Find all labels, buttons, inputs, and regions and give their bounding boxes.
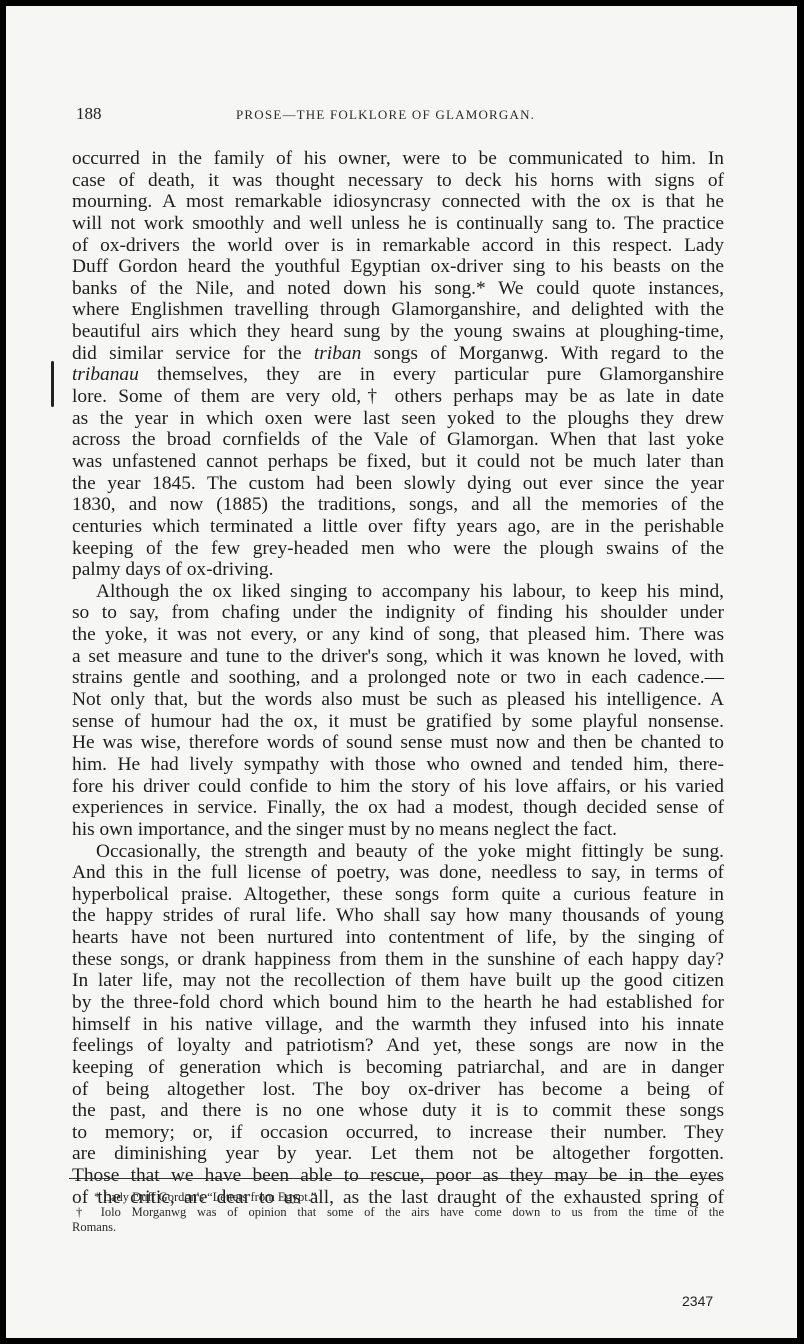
text-line: across the broad cornfields of the Vale … [72,429,724,451]
text-line: He was wise, therefore words of sound se… [72,732,724,754]
text-line: did similar service for the triban songs… [72,343,724,365]
text-line: where Englishmen travelling through Glam… [72,299,724,321]
text-line: Although the ox liked singing to accompa… [72,581,724,603]
text-line: him. He had lively sympathy with those w… [72,754,724,776]
text-line: tribanau themselves, they are in every p… [72,364,724,386]
text-line: experiences in service. Finally, the ox … [72,797,724,819]
text-line: the past, and there is no one whose duty… [72,1100,724,1122]
text-line: these songs, or drank happiness from the… [72,949,724,971]
text-line: beautiful airs which they heard sung by … [72,321,724,343]
text-line: by the three-fold chord which bound him … [72,992,724,1014]
text-line: fore his driver could confide to him the… [72,776,724,798]
text-line: mourning. A most remarkable idiosyncrasy… [72,191,724,213]
text-line: palmy days of ox-driving. [72,559,724,581]
body-text: occurred in the family of his owner, wer… [72,148,724,1208]
text-line: the year 1845. The custom had been slowl… [72,473,724,495]
text-line: keeping of the few grey-headed men who w… [72,538,724,560]
text-line: himself in his native village, and the w… [72,1014,724,1036]
text-line: Those that we have been able to rescue, … [72,1165,724,1187]
running-head: PROSE—THE FOLKLORE OF GLAMORGAN. [236,107,535,123]
footnotes: * Lady Duff Gordon's “Letters from Egypt… [72,1190,724,1235]
italic-term: tribanau [72,364,139,385]
text-line: banks of the Nile, and noted down his so… [72,278,724,300]
text-line: lore. Some of them are very old,† others… [72,386,724,408]
folio-number: 188 [76,104,102,124]
text-line: as the year in which oxen were last seen… [72,408,724,430]
text-line: And this in the full license of poetry, … [72,862,724,884]
text-line: will not work smoothly and well unless h… [72,213,724,235]
text-line: case of death, it was thought necessary … [72,170,724,192]
book-page: 188 PROSE—THE FOLKLORE OF GLAMORGAN. occ… [6,6,797,1338]
text-line: sense of humour had the ox, it must be g… [72,711,724,733]
page-header: 188 PROSE—THE FOLKLORE OF GLAMORGAN. [76,104,724,126]
text-line: feelings of loyalty and patriotism? And … [72,1035,724,1057]
text-line: 1830, and now (1885) the traditions, son… [72,494,724,516]
footnote-2: † Iolo Morganwg was of opinion that some… [72,1205,724,1220]
text-line: the yoke, it was not every, or any kind … [72,624,724,646]
text-line: to memory; or, if occasion occurred, to … [72,1122,724,1144]
text-line: Not only that, but the words also must b… [72,689,724,711]
margin-mark [51,361,54,407]
text-line: strains gentle and soothing, and a prolo… [72,667,724,689]
text-line: was unfastened cannot perhaps be fixed, … [72,451,724,473]
footnote-1: * Lady Duff Gordon's “Letters from Egypt… [72,1190,724,1205]
text-line: hearts have not been nurtured into conte… [72,927,724,949]
text-line: so to say, from chafing under the indign… [72,602,724,624]
footnote-2-continued: Romans. [72,1220,724,1235]
text-line: the happy strides of rural life. Who sha… [72,905,724,927]
text-line: occurred in the family of his owner, wer… [72,148,724,170]
text-line: Duff Gordon heard the youthful Egyptian … [72,256,724,278]
text-line: his own importance, and the singer must … [72,819,724,841]
text-line: hyperbolical praise. Altogether, these s… [72,884,724,906]
text-line: of ox-drivers the world over is in remar… [72,235,724,257]
text-line: are diminishing year by year. Let them n… [72,1143,724,1165]
text-line: In later life, may not the recollection … [72,970,724,992]
footnote-rule [69,1178,721,1179]
text-line: a set measure and tune to the driver's s… [72,646,724,668]
text-line: keeping of generation which is becoming … [72,1057,724,1079]
italic-term: triban [314,343,361,364]
text-line: centuries which terminated a little over… [72,516,724,538]
text-line: of being altogether lost. The boy ox-dri… [72,1079,724,1101]
text-line: Occasionally, the strength and beauty of… [72,841,724,863]
page-number: 2347 [682,1293,713,1309]
